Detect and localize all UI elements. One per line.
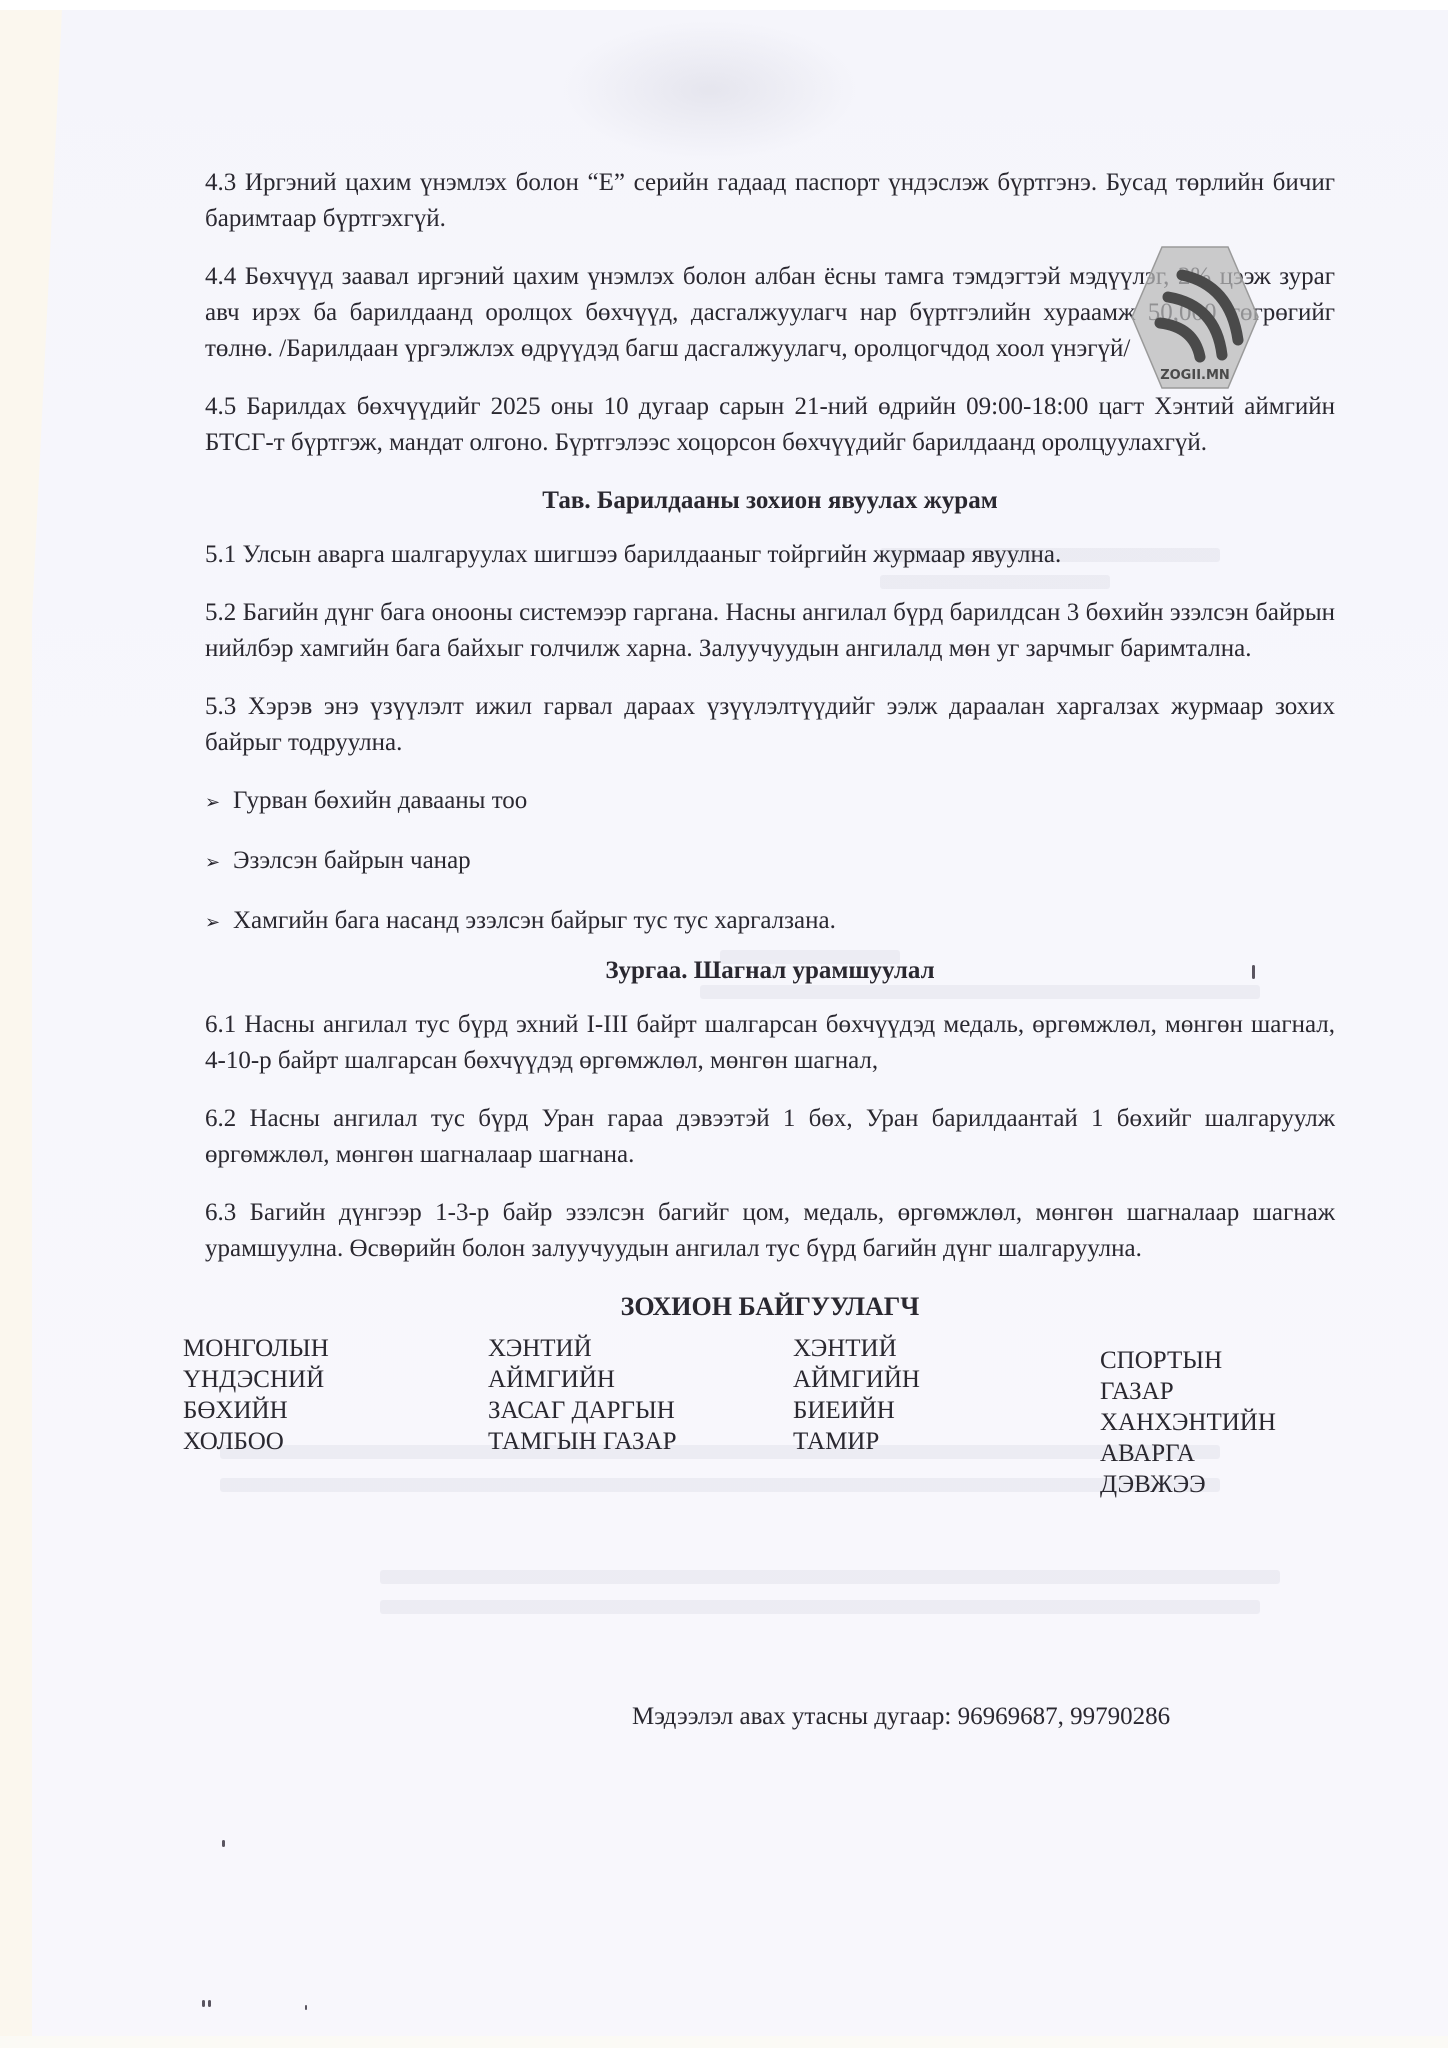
- zogii-signal-logo-icon: ZOGII.MN: [1130, 245, 1260, 390]
- ink-speck: [222, 1840, 225, 1847]
- paragraph-5-1: 5.1 Улсын аварга шалгаруулах шигшээ бари…: [205, 537, 1335, 573]
- arrowhead-bullet-icon: ➢: [205, 845, 233, 881]
- bleed-through: [380, 1600, 1260, 1614]
- contact-phone-line: Мэдээлэл авах утасны дугаар: 96969687, 9…: [632, 1703, 1170, 1731]
- arrowhead-bullet-icon: ➢: [205, 905, 233, 941]
- section-5-title: Тав. Барилдааны зохион явуулах журам: [205, 483, 1335, 519]
- watermark-label: ZOGII.MN: [1160, 368, 1230, 383]
- ink-speck: [305, 2005, 307, 2010]
- ink-speck: [202, 2000, 205, 2007]
- zogii-watermark: ZOGII.MN: [1130, 245, 1260, 390]
- bullet-item: ➢ Гурван бөхийн давааны тоо: [205, 783, 1335, 821]
- organizer-khentii-sports-dept: ХЭНТИЙ АЙМГИЙН БИЕИЙН ТАМИР: [793, 1333, 920, 1457]
- bullet-text: Эзэлсэн байрын чанар: [233, 843, 471, 879]
- organizers-list: МОНГОЛЫН ҮНДЭСНИЙ БӨХИЙН ХОЛБОО ХЭНТИЙ А…: [183, 1333, 1335, 1533]
- organizer-mongolian-wrestling-federation: МОНГОЛЫН ҮНДЭСНИЙ БӨХИЙН ХОЛБОО: [183, 1333, 329, 1457]
- bullet-item: ➢ Эзэлсэн байрын чанар: [205, 843, 1335, 881]
- section-6-title: Зургаа. Шагнал урамшуулал: [205, 953, 1335, 989]
- scan-top-margin: [0, 0, 1448, 10]
- bullet-item: ➢ Хамгийн бага насанд эзэлсэн байрыг тус…: [205, 903, 1335, 941]
- paragraph-6-1: 6.1 Насны ангилал тус бүрд эхний I-III б…: [205, 1007, 1335, 1079]
- bullet-text: Хамгийн бага насанд эзэлсэн байрыг тус т…: [233, 903, 836, 939]
- scan-bottom-margin: [0, 2036, 1448, 2048]
- paragraph-4-3: 4.3 Иргэний цахим үнэмлэх болон “E” сери…: [205, 165, 1335, 237]
- paragraph-5-3: 5.3 Хэрэв энэ үзүүлэлт ижил гарвал дараа…: [205, 689, 1335, 761]
- organizers-title: ЗОХИОН БАЙГУУЛАГЧ: [205, 1289, 1335, 1325]
- scan-shadow: [560, 20, 860, 160]
- ink-speck: [208, 2000, 211, 2007]
- arrowhead-bullet-icon: ➢: [205, 785, 233, 821]
- paragraph-6-3: 6.3 Багийн дүнгээр 1-3-р байр эзэлсэн ба…: [205, 1195, 1335, 1267]
- bleed-through: [380, 1570, 1280, 1584]
- paragraph-6-2: 6.2 Насны ангилал тус бүрд Уран гараа дэ…: [205, 1101, 1335, 1173]
- paragraph-5-2: 5.2 Багийн дүнг бага онооны системээр га…: [205, 595, 1335, 667]
- bullet-text: Гурван бөхийн давааны тоо: [233, 783, 527, 819]
- organizer-sports-agency-podium: СПОРТЫН ГАЗАР ХАНХЭНТИЙН АВАРГА ДЭВЖЭЭ: [1100, 1345, 1276, 1500]
- paragraph-4-5: 4.5 Барилдах бөхчүүдийг 2025 оны 10 дуга…: [205, 389, 1335, 461]
- organizer-khentii-governors-office: ХЭНТИЙ АЙМГИЙН ЗАСАГ ДАРГЫН ТАМГЫН ГАЗАР: [488, 1333, 677, 1457]
